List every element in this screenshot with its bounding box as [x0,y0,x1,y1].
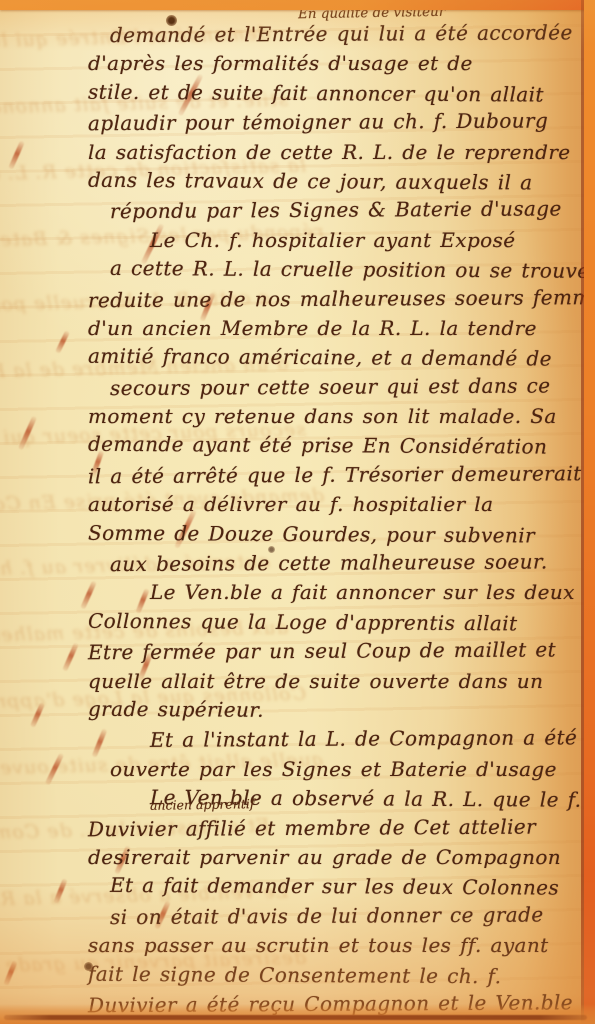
manuscript-line: quelle allait être de suite ouverte dans… [0,667,588,696]
manuscript-line: il a été arrêté que le f. Trésorier deme… [0,459,588,492]
page-edge-bottom [0,1004,595,1024]
manuscript-line: grade supérieur. [0,694,588,727]
manuscript-line: Duvivier affilié et membre de Cet atteli… [0,812,588,845]
manuscript-line: demande ayant été prise En Considération [0,430,588,463]
manuscript-line: autorisé a délivrer au f. hospitalier la [0,490,588,519]
manuscript-line: a cette R. L. la cruelle position ou se … [0,253,588,286]
manuscript-line: la satisfaction de cette R. L. de le rep… [0,138,588,167]
manuscript-line: Collonnes que la Loge d'apprentis allait [0,606,588,639]
interline-insertion-apprentif: ancien apprentif [150,796,255,813]
page-edge-right-binding [584,0,595,1024]
manuscript-line: amitié franco américaine, et a demandé d… [0,342,588,375]
manuscript-line: d'un ancien Membre de la R. L. la tendre [0,314,588,343]
manuscript-line: ouverte par les Signes et Baterie d'usag… [0,755,588,784]
manuscript-line: Etre fermée par un seul Coup de maillet … [0,635,588,668]
manuscript-line: répondu par les Signes & Baterie d'usage [0,195,588,228]
manuscript-line: Le Ch. f. hospitalier ayant Exposé [0,226,588,255]
manuscript-line: secours pour cette soeur qui est dans ce [0,371,588,404]
manuscript-line: desirerait parvenir au grade de Compagno… [0,843,588,872]
manuscript-line: Somme de Douze Gourdes, pour subvenir [0,518,588,551]
manuscript-line: reduite une de nos malheureuses soeurs f… [0,283,588,316]
manuscript-line: Le Ven.ble a observé a la R. L. que le f… [0,782,588,815]
manuscript-page: demandé et l'Entrée qui lui a été accord… [0,0,595,1024]
manuscript-line: si on était d'avis de lui donner ce grad… [0,900,588,933]
manuscript-line: Le Ven.ble a fait annoncer sur les deux … [0,578,588,607]
manuscript-line: aux besoins de cette malheureuse soeur. [0,547,588,580]
manuscript-line: sans passer au scrutin et tous les ff. a… [0,931,588,960]
manuscript-line: moment cy retenue dans son lit malade. S… [0,402,588,431]
manuscript-line: d'après les formalités d'usage et de [0,49,588,78]
manuscript-line: demandé et l'Entrée qui lui a été accord… [0,18,588,51]
manuscript-line: stile. et de suite fait annoncer qu'on a… [0,77,588,110]
manuscript-line: fait le signe de Consentement le ch. f. [0,959,588,992]
manuscript-line: Et a fait demander sur les deux Colonnes [0,871,588,904]
manuscript-line: aplaudir pour témoigner au ch. f. Dubour… [0,106,588,139]
page-edge-top [0,0,595,10]
manuscript-line: Et a l'instant la L. de Compagnon a été [0,724,588,757]
manuscript-text-block: demandé et l'Entrée qui lui a été accord… [0,20,588,1019]
manuscript-line: dans les travaux de ce jour, auxquels il… [0,165,588,198]
